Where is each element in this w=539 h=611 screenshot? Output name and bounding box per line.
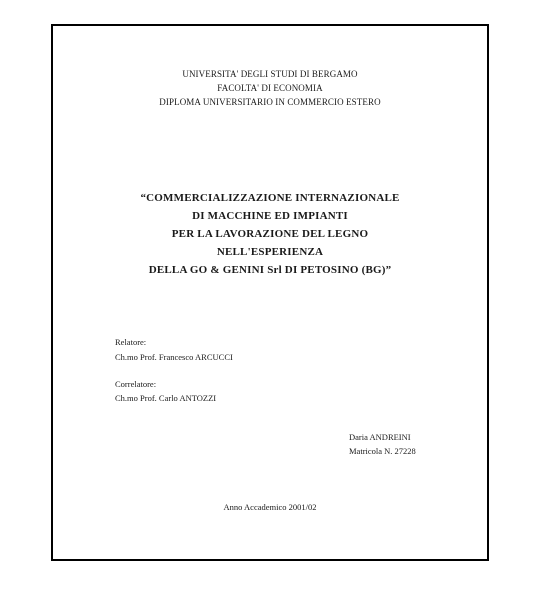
thesis-title-line-4: NELL'ESPERIENZA [53,246,487,258]
relatore-name: Ch.mo Prof. Francesco ARCUCCI [115,352,233,362]
university-name: UNIVERSITA' DEGLI STUDI DI BERGAMO [53,69,487,79]
faculty-name: FACOLTA' DI ECONOMIA [53,83,487,93]
thesis-title-line-3: PER LA LAVORAZIONE DEL LEGNO [53,228,487,240]
relatore-label: Relatore: [115,337,146,347]
thesis-title-line-1: “COMMERCIALIZZAZIONE INTERNAZIONALE [53,192,487,204]
document-page: UNIVERSITA' DEGLI STUDI DI BERGAMO FACOL… [51,24,489,561]
thesis-title-line-2: DI MACCHINE ED IMPIANTI [53,210,487,222]
degree-program: DIPLOMA UNIVERSITARIO IN COMMERCIO ESTER… [53,97,487,107]
correlatore-label: Correlatore: [115,379,156,389]
correlatore-name: Ch.mo Prof. Carlo ANTOZZI [115,393,216,403]
student-matricola: Matricola N. 27228 [349,446,416,456]
student-name: Daria ANDREINI [349,432,411,442]
academic-year: Anno Accademico 2001/02 [53,502,487,512]
thesis-title-line-5: DELLA GO & GENINI Srl DI PETOSINO (BG)” [53,264,487,276]
